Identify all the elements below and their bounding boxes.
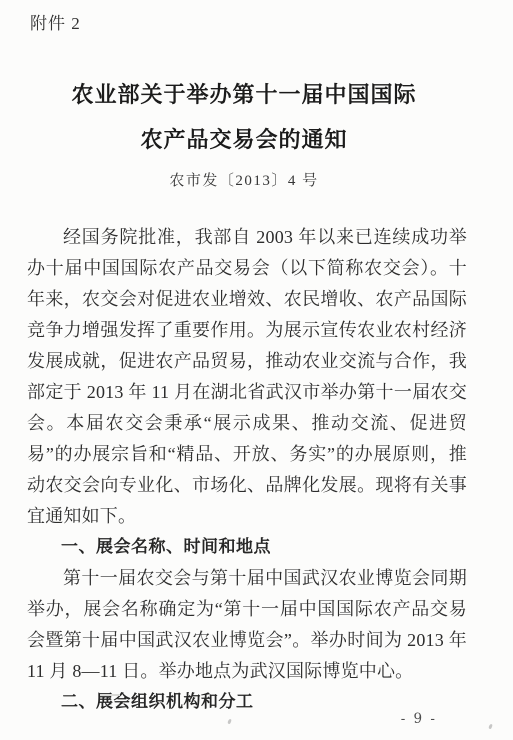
page-number: - 9 - (401, 711, 437, 727)
document-number: 农市发〔2013〕4 号 (27, 169, 461, 190)
document-body: 经国务院批准，我部自 2003 年以来已连续成功举办十届中国国际农产品交易会（以… (27, 222, 467, 718)
title-line-2: 农产品交易会的通知 (27, 117, 461, 162)
document-title: 农业部关于举办第十一届中国国际 农产品交易会的通知 (27, 72, 461, 162)
paragraph-intro: 经国务院批准，我部自 2003 年以来已连续成功举办十届中国国际农产品交易会（以… (27, 222, 467, 532)
section-heading-1: 一、展会名称、时间和地点 (27, 532, 467, 563)
paragraph-section-1: 第十一届农交会与第十届中国武汉农业博览会同期举办，展会名称确定为“第十一届中国国… (27, 563, 467, 687)
attachment-label: 附件 2 (30, 9, 81, 34)
title-line-1: 农业部关于举办第十一届中国国际 (27, 72, 461, 117)
scan-artifact (488, 724, 492, 730)
document-page: 附件 2 农业部关于举办第十一届中国国际 农产品交易会的通知 农市发〔2013〕… (0, 0, 513, 740)
scan-artifact (100, 694, 120, 696)
scan-artifact (227, 719, 231, 725)
